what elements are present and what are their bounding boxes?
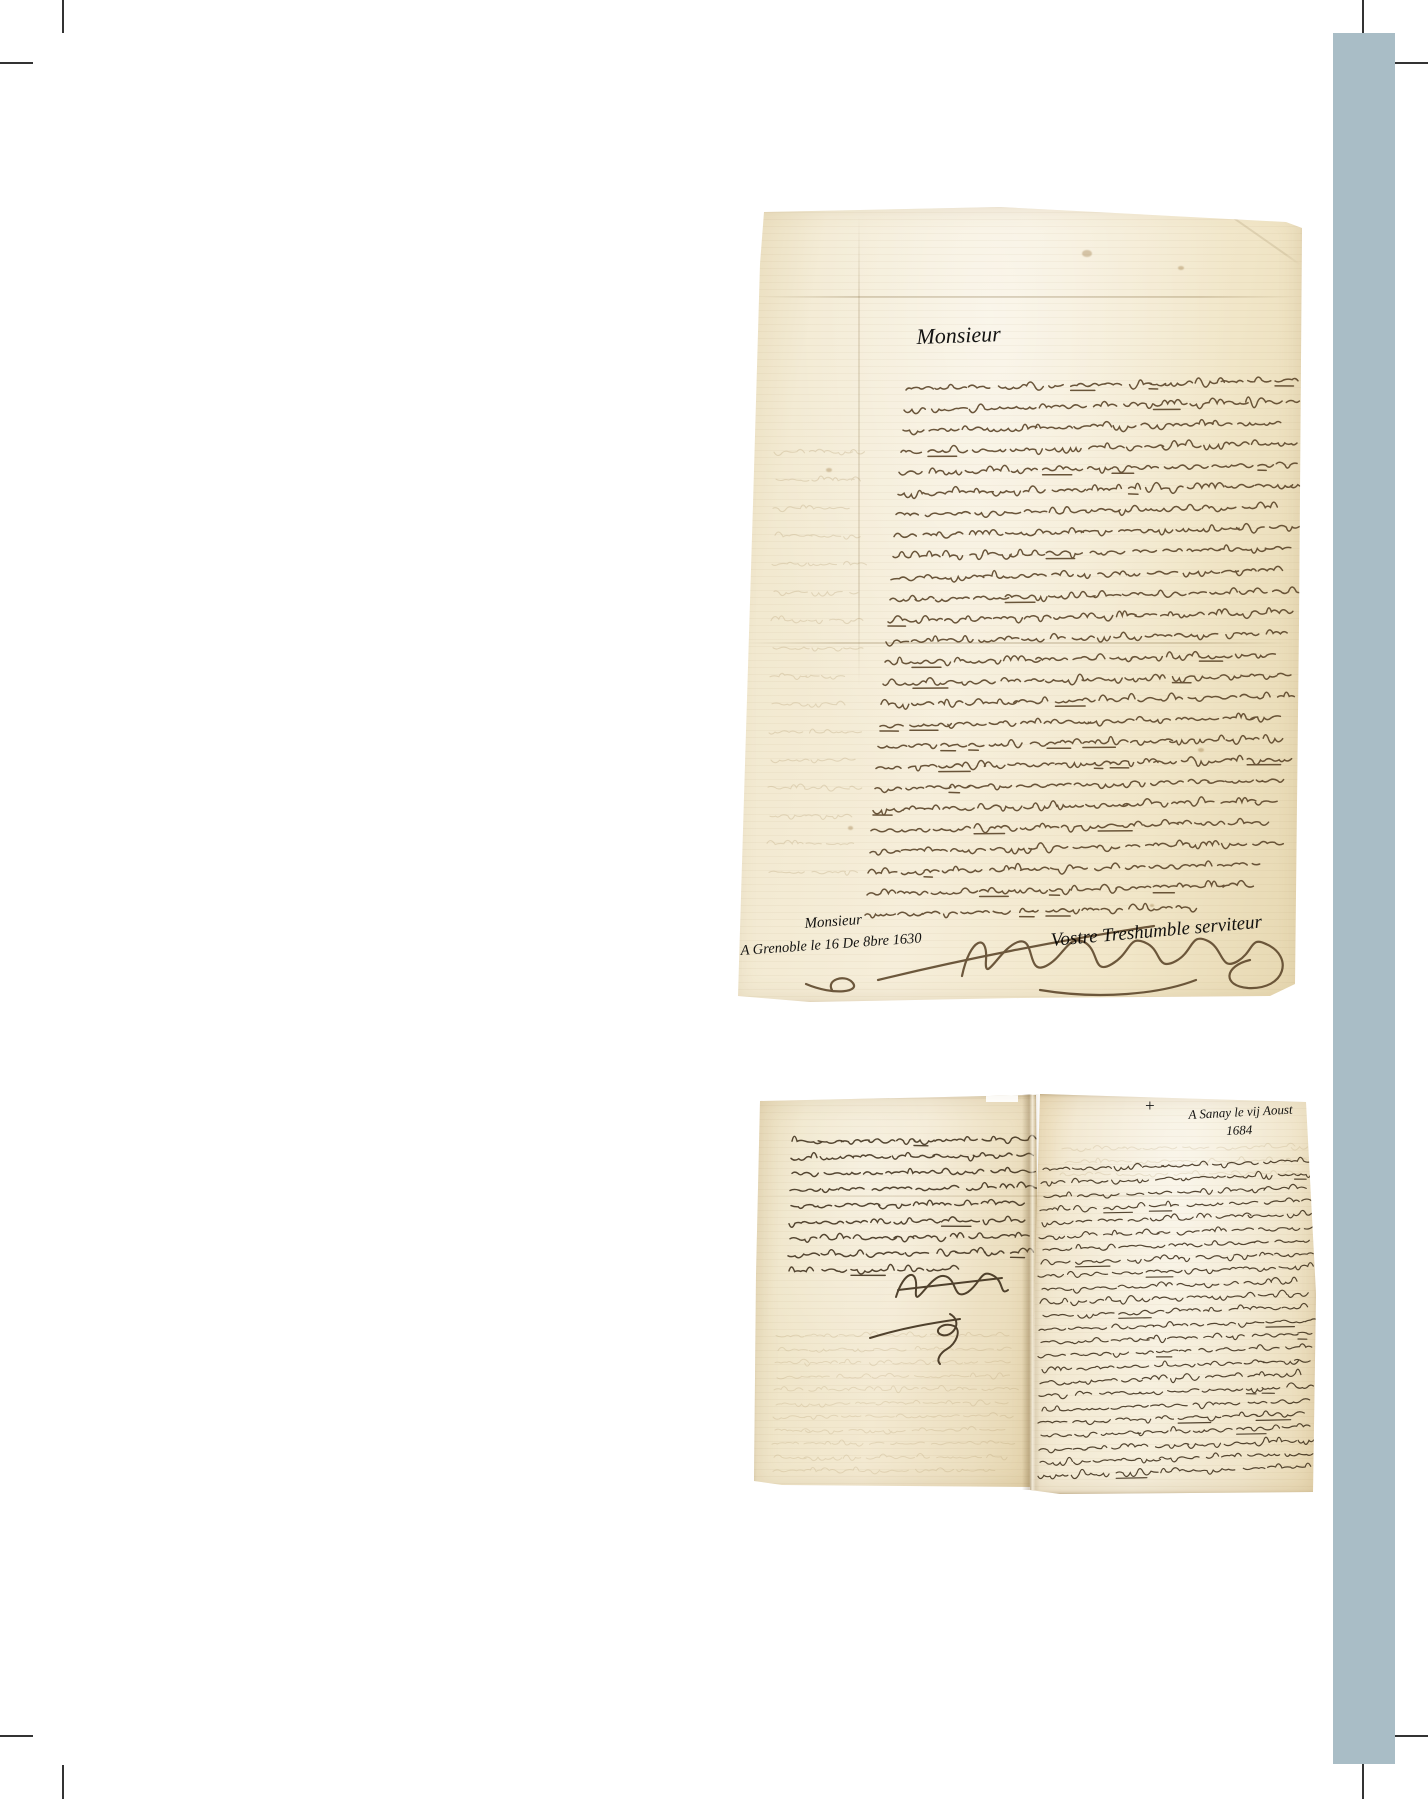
document-letter-1684: + A Sanay le vij Aoust 1684	[750, 1092, 1318, 1496]
accent-bar	[1333, 33, 1395, 1764]
crop-mark	[0, 62, 33, 64]
crop-mark	[62, 0, 64, 33]
crop-mark	[0, 1735, 33, 1737]
center-fold-shadow	[1022, 1094, 1040, 1490]
foxing-speck	[848, 826, 853, 830]
handwriting-1684-right	[1030, 1094, 1318, 1494]
crop-mark	[1395, 62, 1428, 64]
letter-1684-right-page: + A Sanay le vij Aoust 1684	[1030, 1094, 1318, 1494]
crop-mark	[1395, 1735, 1428, 1737]
foxing-speck	[1150, 904, 1154, 907]
handwriting-1684-left	[752, 1095, 1038, 1491]
notarial-cross: +	[1144, 1096, 1155, 1116]
year-1684: 1684	[1226, 1122, 1253, 1139]
horizontal-crease	[756, 1195, 1312, 1197]
crop-mark	[62, 1765, 64, 1799]
letter-1630-paper: Monsieur Vostre Treshumble serviteur Mon…	[730, 204, 1305, 1004]
document-letter-1630: Monsieur Vostre Treshumble serviteur Mon…	[730, 204, 1305, 1004]
paper-tear-notch	[986, 1095, 1018, 1102]
catalog-page: { "page": { "width": 1428, "height": 179…	[0, 0, 1428, 1799]
handwriting-letter-1630	[730, 204, 1305, 1004]
crop-mark	[1362, 0, 1364, 33]
foxing-speck	[1082, 250, 1092, 257]
salutation-monsieur: Monsieur	[916, 321, 1001, 350]
crop-mark	[1362, 1764, 1364, 1799]
letter-1684-left-page	[752, 1095, 1038, 1491]
